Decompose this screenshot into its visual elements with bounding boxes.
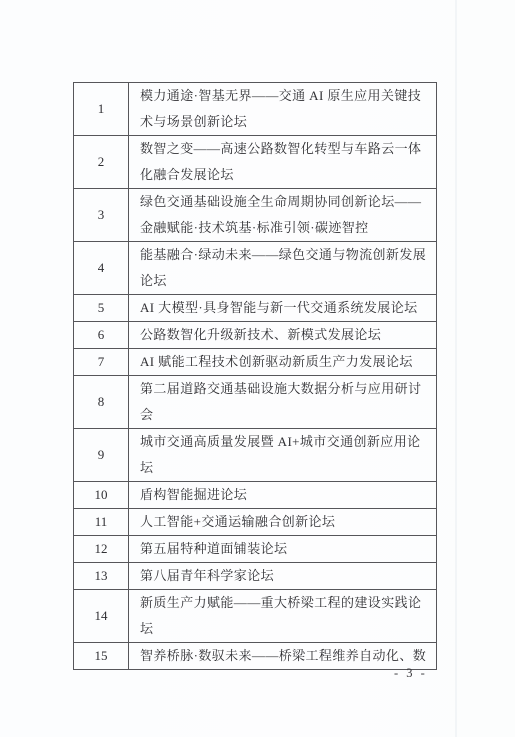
forum-title-cell: 智养桥脉·数驭未来——桥梁工程维养自动化、数 bbox=[129, 643, 437, 670]
table-row: 5AI 大模型·具身智能与新一代交通系统发展论坛 bbox=[74, 295, 437, 322]
forum-number-cell: 7 bbox=[74, 349, 129, 376]
forum-number-cell: 15 bbox=[74, 643, 129, 670]
forum-number-cell: 12 bbox=[74, 536, 129, 563]
forum-title-cell: 第二届道路交通基础设施大数据分析与应用研讨会 bbox=[129, 376, 437, 429]
table-row: 11人工智能+交通运输融合创新论坛 bbox=[74, 509, 437, 536]
forum-title-cell: 城市交通高质量发展暨 AI+城市交通创新应用论坛 bbox=[129, 429, 437, 482]
forum-number-cell: 13 bbox=[74, 563, 129, 590]
forum-number-cell: 6 bbox=[74, 322, 129, 349]
document-page: 1模力通途·智基无界——交通 AI 原生应用关键技术与场景创新论坛2数智之变——… bbox=[0, 0, 515, 737]
forum-number-cell: 9 bbox=[74, 429, 129, 482]
table-row: 8第二届道路交通基础设施大数据分析与应用研讨会 bbox=[74, 376, 437, 429]
forum-title-cell: AI 赋能工程技术创新驱动新质生产力发展论坛 bbox=[129, 349, 437, 376]
forum-title-cell: 公路数智化升级新技术、新模式发展论坛 bbox=[129, 322, 437, 349]
forum-number-cell: 10 bbox=[74, 482, 129, 509]
forum-table-body: 1模力通途·智基无界——交通 AI 原生应用关键技术与场景创新论坛2数智之变——… bbox=[74, 83, 437, 670]
forum-number-cell: 5 bbox=[74, 295, 129, 322]
forum-title-cell: 盾构智能掘进论坛 bbox=[129, 482, 437, 509]
forum-title-cell: 模力通途·智基无界——交通 AI 原生应用关键技术与场景创新论坛 bbox=[129, 83, 437, 136]
forum-number-cell: 8 bbox=[74, 376, 129, 429]
table-row: 15智养桥脉·数驭未来——桥梁工程维养自动化、数 bbox=[74, 643, 437, 670]
table-row: 10盾构智能掘进论坛 bbox=[74, 482, 437, 509]
forum-number-cell: 14 bbox=[74, 590, 129, 643]
forum-number-cell: 2 bbox=[74, 136, 129, 189]
table-row: 4能基融合·绿动未来——绿色交通与物流创新发展论坛 bbox=[74, 242, 437, 295]
page-number: - 3 - bbox=[394, 666, 427, 681]
forum-number-cell: 4 bbox=[74, 242, 129, 295]
forum-title-cell: 能基融合·绿动未来——绿色交通与物流创新发展论坛 bbox=[129, 242, 437, 295]
forum-title-cell: 绿色交通基础设施全生命周期协同创新论坛——金融赋能·技术筑基·标准引领·碳迹智控 bbox=[129, 189, 437, 242]
forum-title-cell: 第五届特种道面铺装论坛 bbox=[129, 536, 437, 563]
table-row: 13第八届青年科学家论坛 bbox=[74, 563, 437, 590]
table-row: 14新质生产力赋能——重大桥梁工程的建设实践论坛 bbox=[74, 590, 437, 643]
forum-title-cell: 第八届青年科学家论坛 bbox=[129, 563, 437, 590]
table-row: 6公路数智化升级新技术、新模式发展论坛 bbox=[74, 322, 437, 349]
forum-number-cell: 3 bbox=[74, 189, 129, 242]
table-row: 1模力通途·智基无界——交通 AI 原生应用关键技术与场景创新论坛 bbox=[74, 83, 437, 136]
forum-table: 1模力通途·智基无界——交通 AI 原生应用关键技术与场景创新论坛2数智之变——… bbox=[73, 82, 437, 670]
table-row: 7AI 赋能工程技术创新驱动新质生产力发展论坛 bbox=[74, 349, 437, 376]
forum-title-cell: AI 大模型·具身智能与新一代交通系统发展论坛 bbox=[129, 295, 437, 322]
table-row: 3绿色交通基础设施全生命周期协同创新论坛——金融赋能·技术筑基·标准引领·碳迹智… bbox=[74, 189, 437, 242]
scan-artifact-streak bbox=[455, 0, 457, 737]
table-row: 2数智之变——高速公路数智化转型与车路云一体化融合发展论坛 bbox=[74, 136, 437, 189]
forum-title-cell: 数智之变——高速公路数智化转型与车路云一体化融合发展论坛 bbox=[129, 136, 437, 189]
forum-number-cell: 11 bbox=[74, 509, 129, 536]
forum-title-cell: 人工智能+交通运输融合创新论坛 bbox=[129, 509, 437, 536]
table-row: 12第五届特种道面铺装论坛 bbox=[74, 536, 437, 563]
forum-number-cell: 1 bbox=[74, 83, 129, 136]
table-row: 9城市交通高质量发展暨 AI+城市交通创新应用论坛 bbox=[74, 429, 437, 482]
forum-title-cell: 新质生产力赋能——重大桥梁工程的建设实践论坛 bbox=[129, 590, 437, 643]
